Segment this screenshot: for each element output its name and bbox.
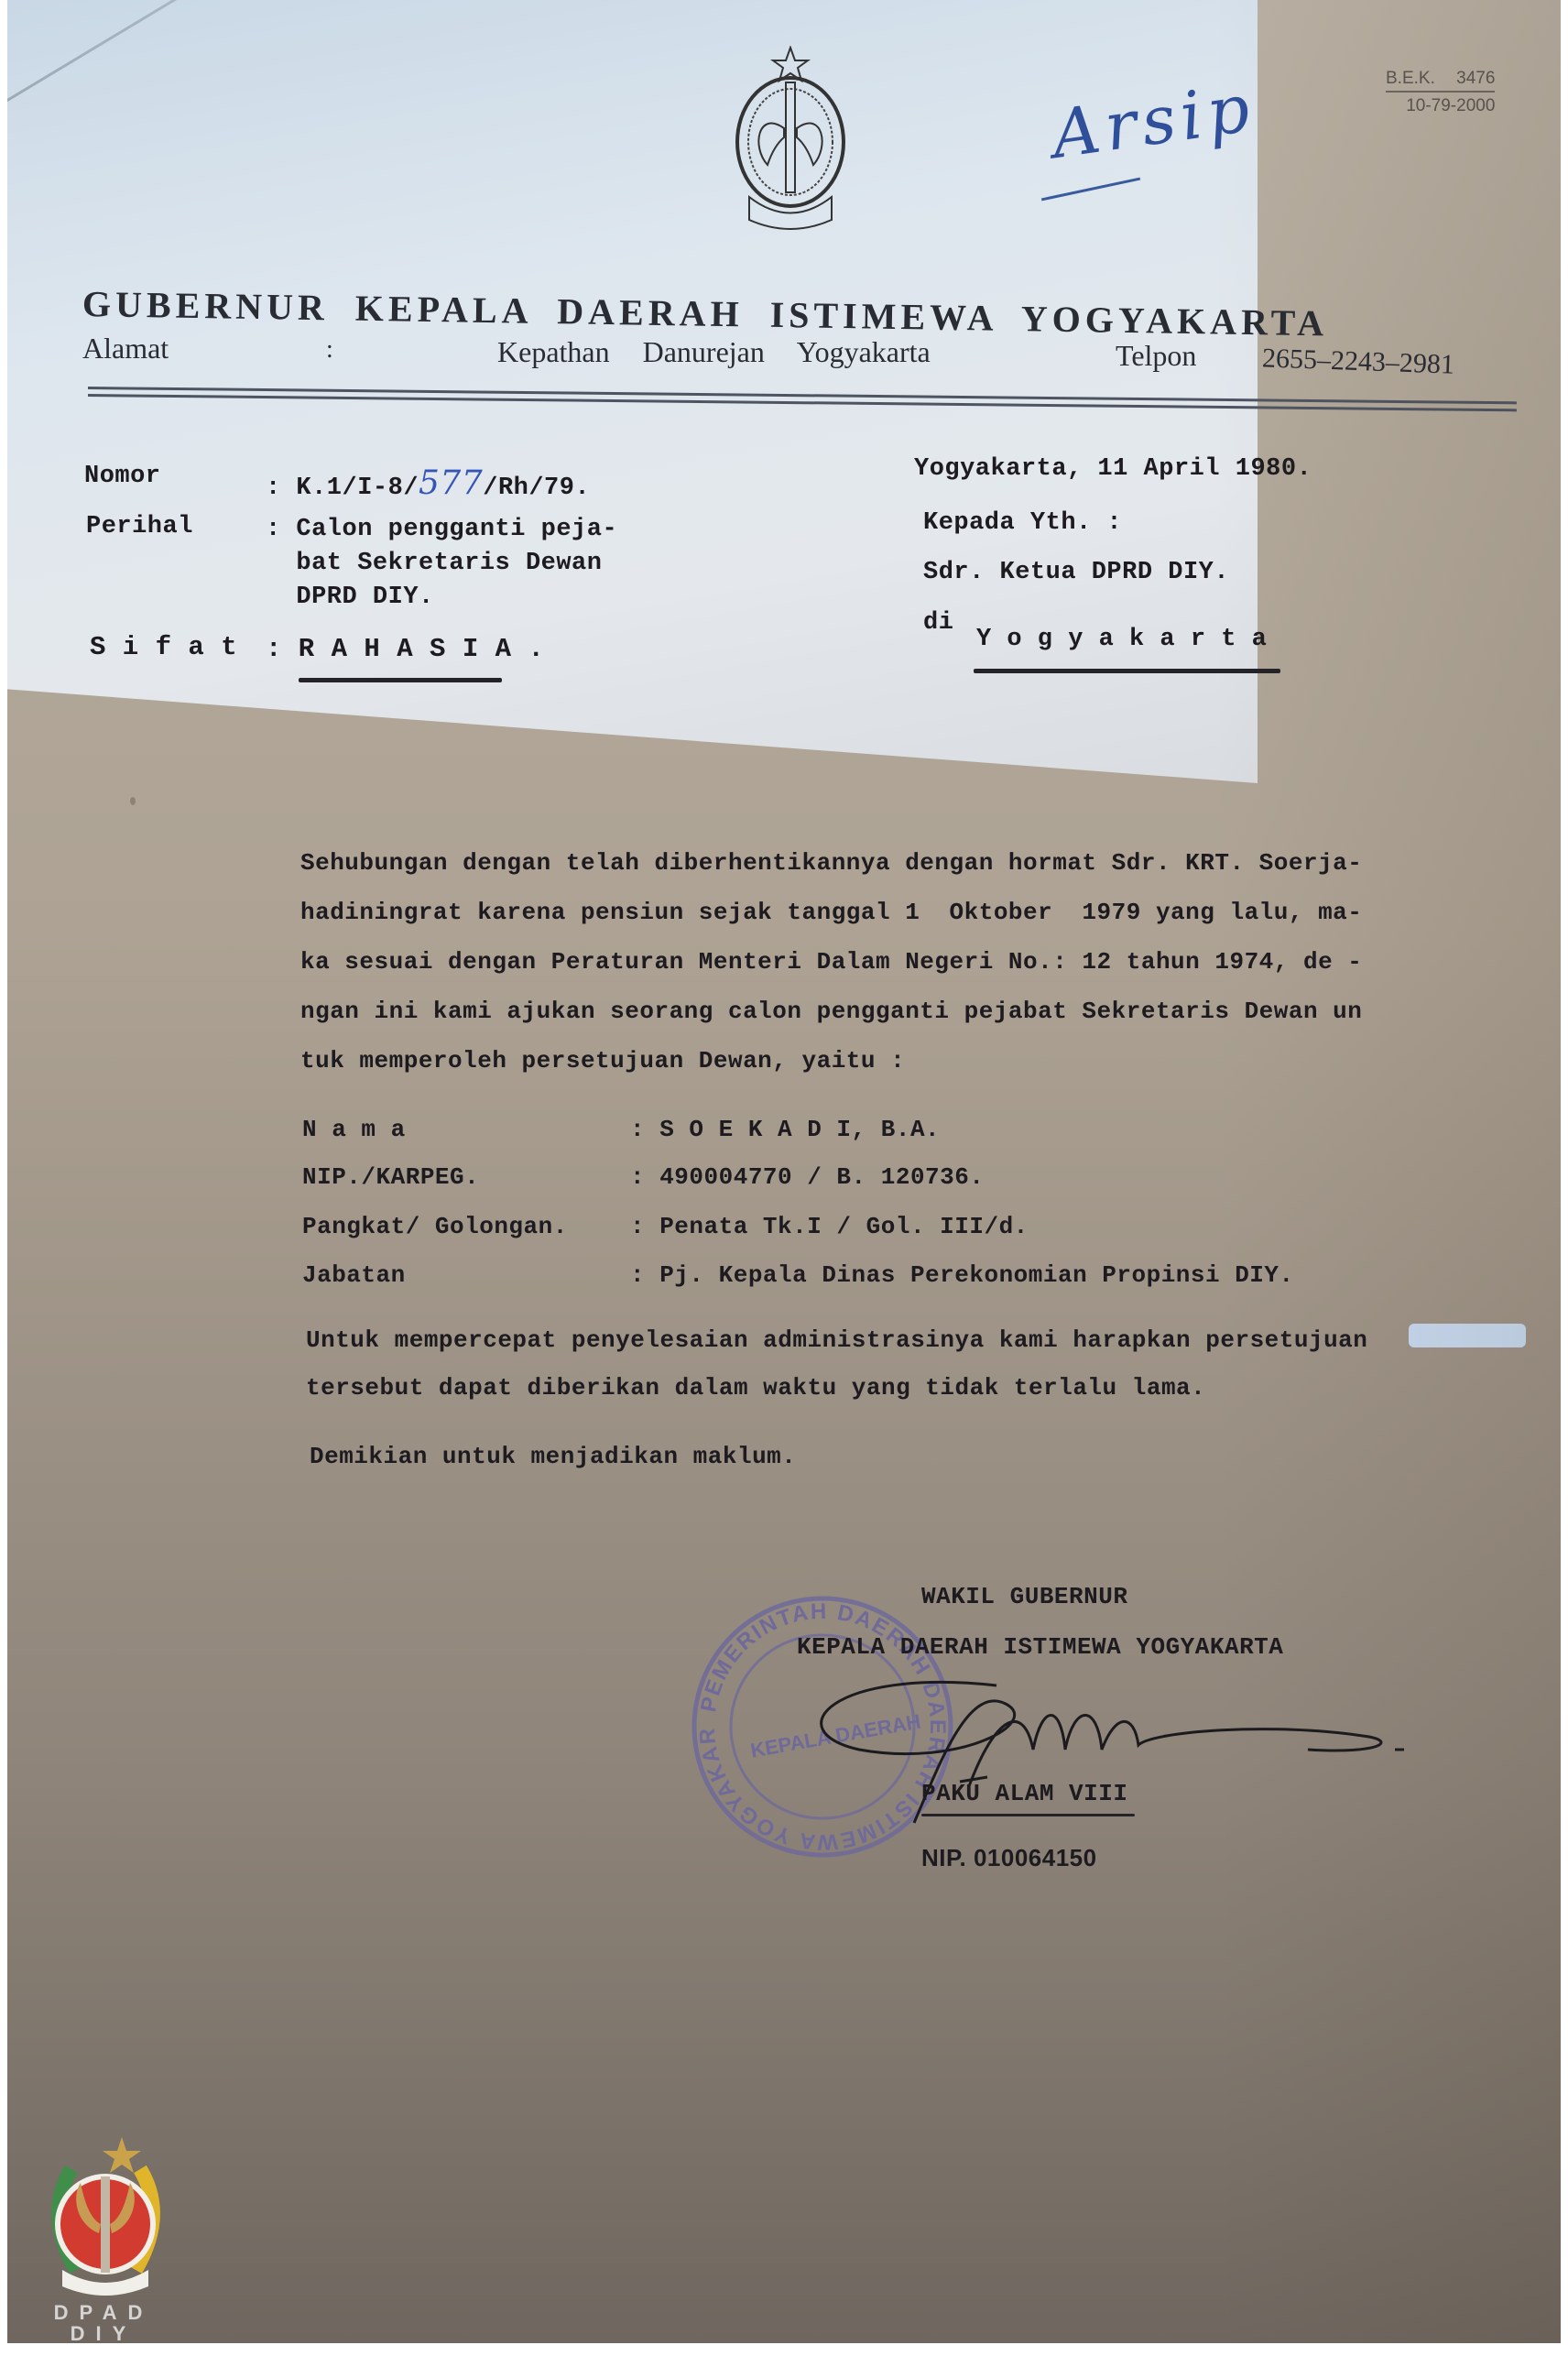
- body-line-2: hadiningrat karena pensiun sejak tanggal…: [300, 899, 1362, 926]
- scanned-letter: Arsip B.E.K. 3476 10-79-2000 GUBERNUR KE…: [7, 0, 1561, 2343]
- sifat-label: S i f a t: [90, 632, 237, 662]
- address-colon: :: [326, 335, 333, 365]
- signer-title-1: WAKIL GUBERNUR: [921, 1583, 1127, 1610]
- address-label: Alamat: [82, 332, 169, 365]
- paper-spot: [130, 797, 136, 805]
- archive-code-line2: 10-79-2000: [1386, 93, 1495, 116]
- phone-number: 2655–2243–2981: [1261, 343, 1454, 380]
- nomor-label: Nomor: [84, 463, 161, 490]
- phone-label: Telpon: [1116, 339, 1196, 373]
- archive-code-line1: B.E.K. 3476: [1386, 69, 1495, 93]
- field-value-nip: : 490004770 / B. 120736.: [630, 1163, 984, 1191]
- nomor-value: : K.1/I-8/577/Rh/79.: [266, 464, 590, 502]
- body-line-1: Sehubungan dengan telah diberhentikannya…: [300, 849, 1362, 877]
- field-label-jabatan: Jabatan: [302, 1261, 406, 1289]
- signer-name-underline: [921, 1814, 1135, 1816]
- signer-name: PAKU ALAM VIII: [921, 1780, 1127, 1807]
- field-value-pangkat: : Penata Tk.I / Gol. III/d.: [630, 1213, 1029, 1240]
- perihal-label: Perihal: [86, 513, 193, 540]
- watermark-line-1: DPAD: [35, 2302, 172, 2323]
- sifat-value: : R A H A S I A .: [266, 634, 544, 664]
- nomor-prefix: : K.1/I-8/: [266, 474, 419, 502]
- field-value-jabatan: : Pj. Kepala Dinas Perekonomian Propinsi…: [630, 1261, 1294, 1289]
- address-text: Kepathan Danurejan Yogyakarta: [497, 335, 931, 369]
- field-label-nama: N a m a: [302, 1116, 406, 1143]
- body-para2-line-2: tersebut dapat diberikan dalam waktu yan…: [306, 1374, 1205, 1402]
- recipient-city: Y o g y a k a r t a: [976, 626, 1267, 653]
- di-label: di: [923, 609, 953, 637]
- dpad-emblem-icon: [35, 2132, 172, 2297]
- dpad-diy-logo: DPAD DIY: [35, 2132, 172, 2343]
- perihal-line-2: bat Sekretaris Dewan: [266, 550, 602, 577]
- body-line-3: ka sesuai dengan Peraturan Menteri Dalam…: [300, 948, 1362, 976]
- perihal-line-1: : Calon pengganti peja-: [266, 516, 617, 543]
- kepada-label: Kepada Yth. :: [923, 509, 1122, 537]
- body-line-4: ngan ini kami ajukan seorang calon pengg…: [300, 998, 1362, 1025]
- body-para2-line-1: Untuk mempercepat penyelesaian administr…: [306, 1326, 1367, 1354]
- signer-nip: NIP. 010064150: [921, 1844, 1097, 1872]
- watermark-line-2: DIY: [35, 2323, 172, 2343]
- field-value-nama: : S O E K A D I, B.A.: [630, 1116, 940, 1143]
- city-underline: [974, 669, 1280, 673]
- place-date: Yogyakarta, 11 April 1980.: [914, 455, 1312, 483]
- field-label-pangkat: Pangkat/ Golongan.: [302, 1213, 568, 1240]
- archive-stamp-code: B.E.K. 3476 10-79-2000: [1386, 69, 1495, 116]
- closing-line: Demikian untuk menjadikan maklum.: [310, 1443, 796, 1470]
- redaction-mark: [1409, 1324, 1526, 1347]
- field-label-nip: NIP./KARPEG.: [302, 1163, 479, 1191]
- body-line-5: tuk memperoleh persetujuan Dewan, yaitu …: [300, 1047, 905, 1074]
- perihal-line-3: DPRD DIY.: [266, 584, 434, 611]
- nomor-handwritten: 577: [419, 464, 483, 502]
- sifat-underline: [299, 678, 502, 682]
- addressee: Sdr. Ketua DPRD DIY.: [923, 559, 1229, 586]
- nomor-suffix: /Rh/79.: [483, 474, 590, 502]
- yogyakarta-emblem-icon: [731, 46, 850, 238]
